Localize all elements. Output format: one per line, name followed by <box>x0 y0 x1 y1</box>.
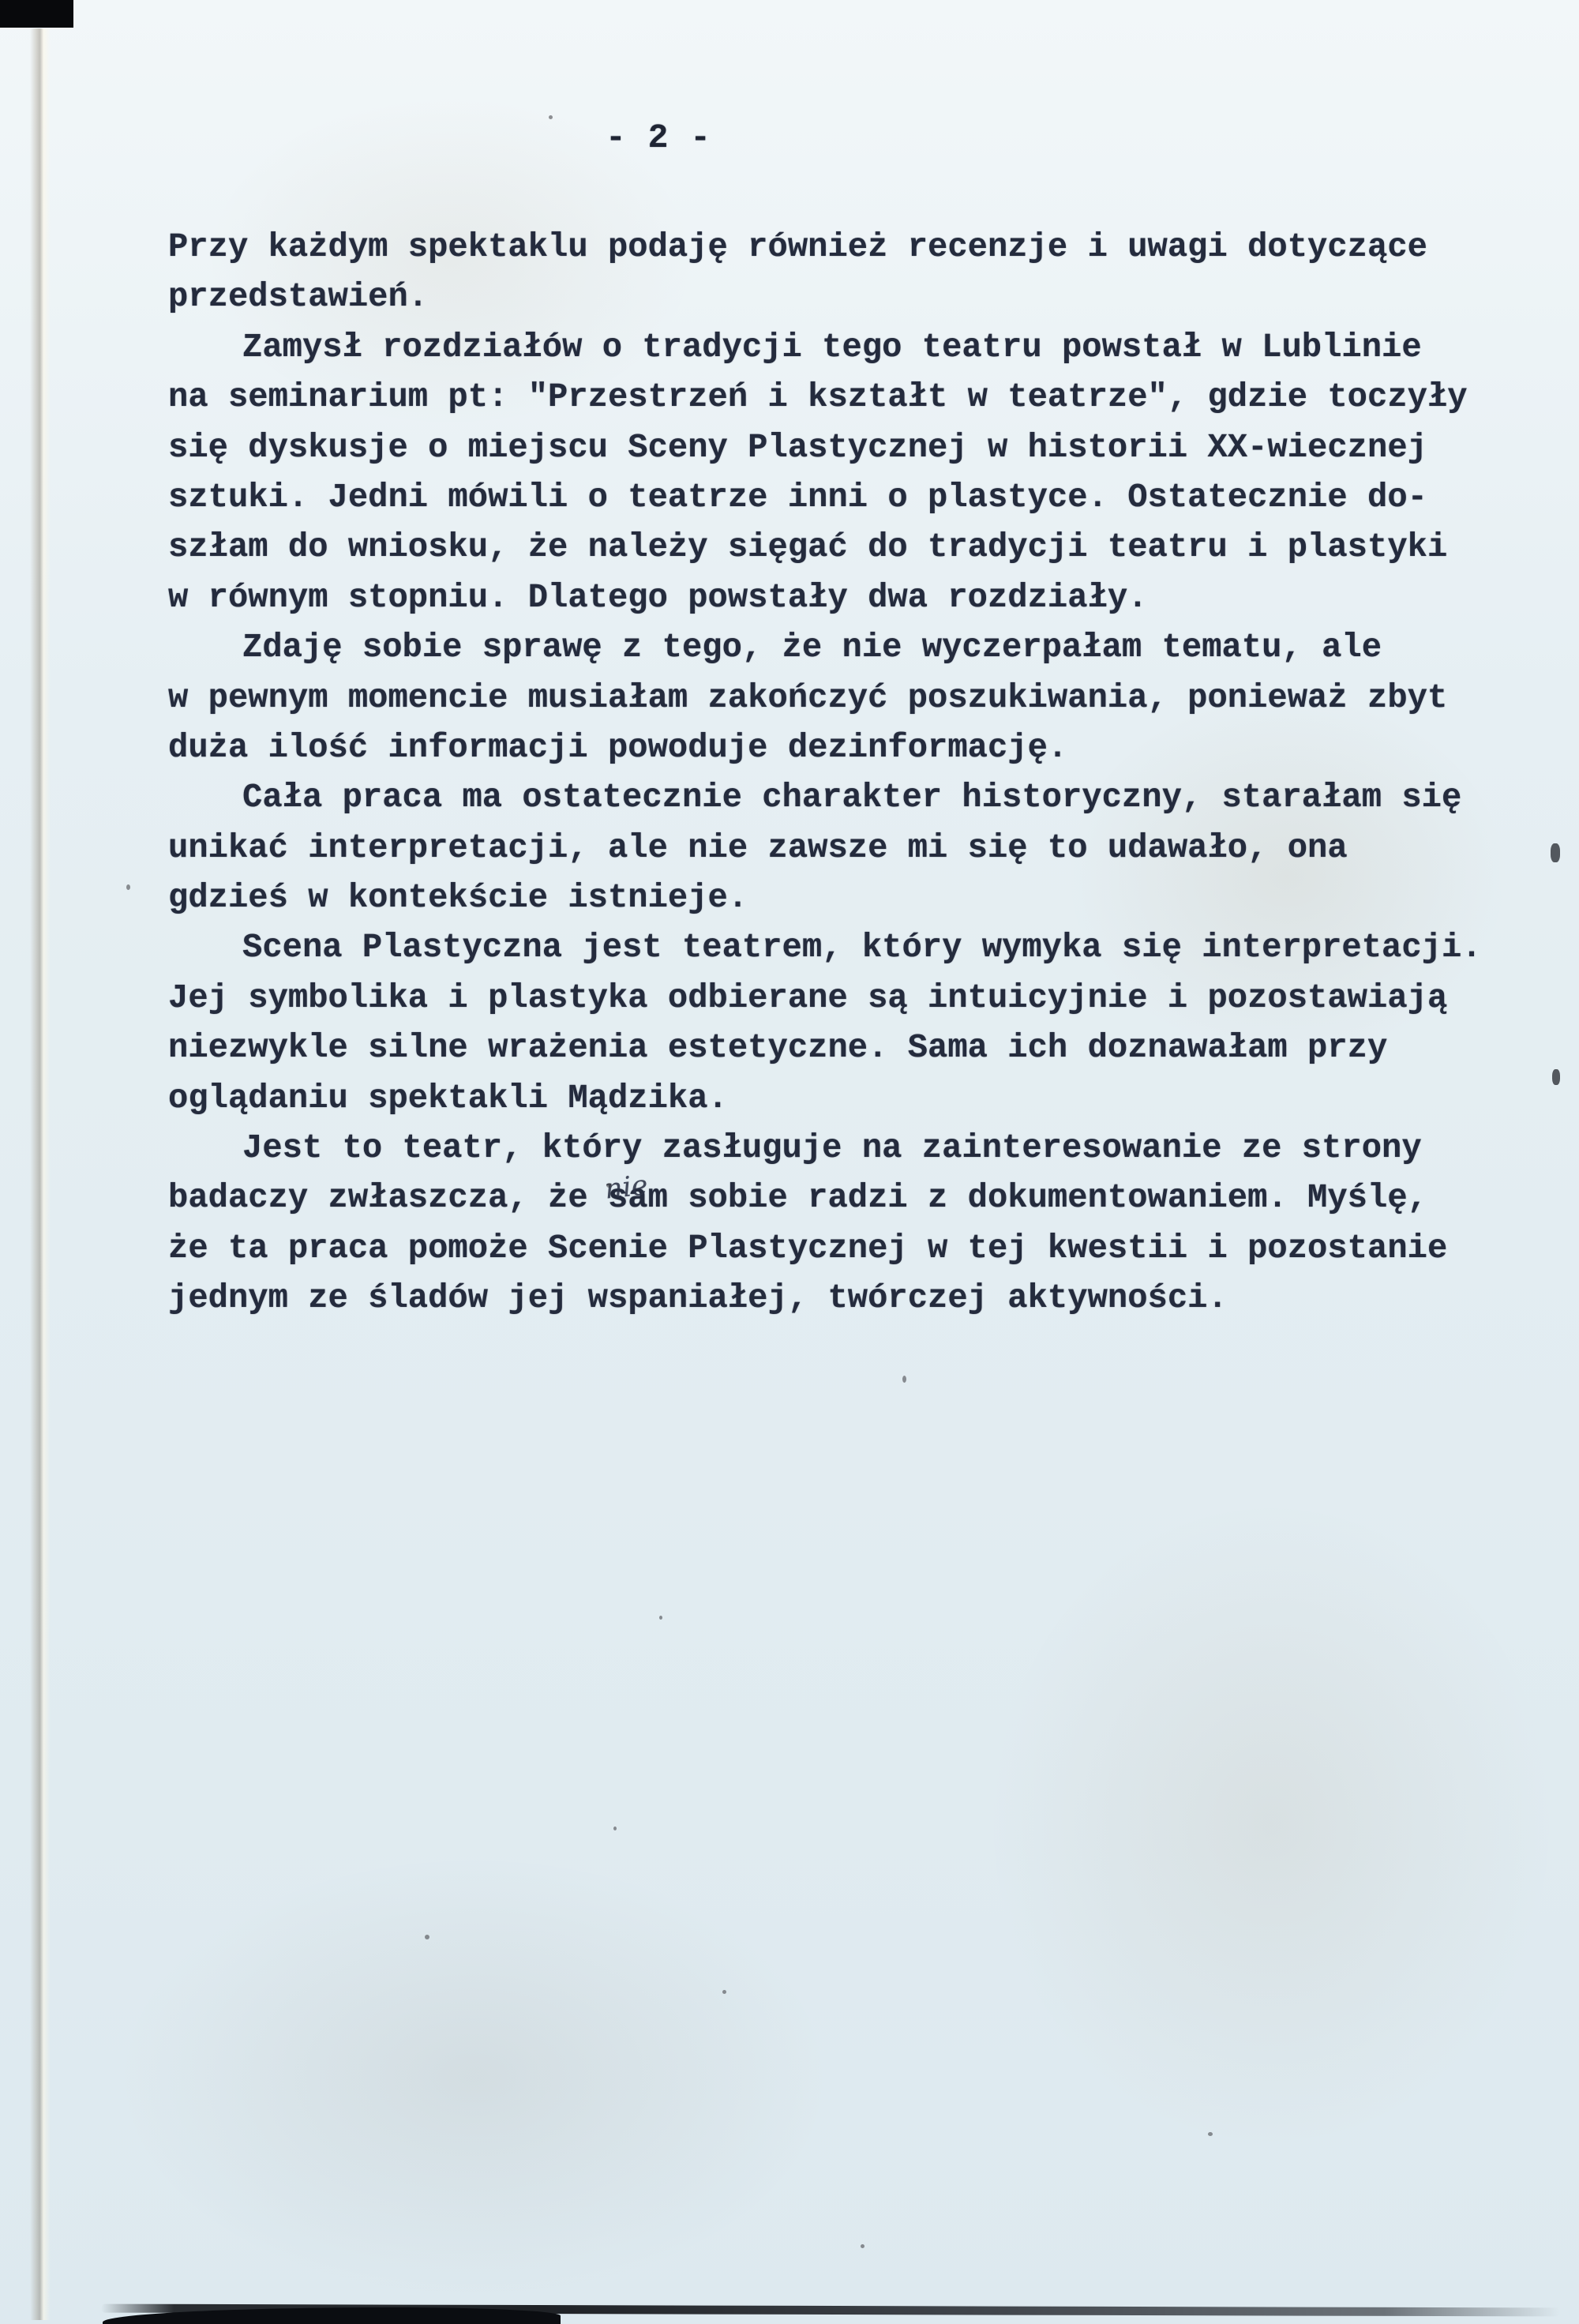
paper-stain <box>987 1500 1555 2148</box>
text-line: Scena Plastyczna jest teatrem, który wym… <box>168 923 1526 973</box>
text-line: że ta praca pomoże Scenie Plastycznej w … <box>168 1224 1526 1274</box>
text-line: Zdaję sobie sprawę z tego, że nie wyczer… <box>168 623 1526 673</box>
text-line: oglądaniu spektakli Mądzika. <box>168 1074 1526 1124</box>
paper-speck <box>902 1376 906 1383</box>
paper-stain <box>118 1856 829 2298</box>
paper-speck <box>1208 2132 1213 2136</box>
text-line: Cała praca ma ostatecznie charakter hist… <box>168 773 1526 823</box>
scan-corner-shadow <box>0 0 73 28</box>
text-line: Jest to teatr, który zasługuje na zainte… <box>168 1124 1526 1173</box>
text-line: się dyskusje o miejscu Sceny Plastycznej… <box>168 423 1526 473</box>
paper-speck <box>549 115 553 119</box>
text-line: w pewnym momencie musiałam zakończyć pos… <box>168 674 1526 723</box>
text-line: badaczy zwłaszcza, że sam sobie radzi z … <box>168 1173 1526 1223</box>
text-line: niezwykle silne wrażenia estetyczne. Sam… <box>168 1023 1526 1073</box>
scanned-document: - 2 - Przy każdym spektaklu podaję równi… <box>0 0 1579 2324</box>
page-edge-nick <box>1551 843 1560 862</box>
text-line: na seminarium pt: "Przestrzeń i kształt … <box>168 373 1526 422</box>
text-line: Zamysł rozdziałów o tradycji tego teatru… <box>168 323 1526 373</box>
paper-speck <box>861 2244 865 2248</box>
text-line: unikać interpretacji, ale nie zawsze mi … <box>168 824 1526 873</box>
paper-speck <box>613 1827 617 1830</box>
text-line: przedstawień. <box>168 272 1526 322</box>
page-fold-crease <box>30 6 51 2320</box>
handwritten-insertion: nie <box>603 1170 649 1205</box>
paper-speck <box>425 1935 429 1939</box>
paper-speck <box>606 1183 612 1188</box>
text-line: sztuki. Jedni mówili o teatrze inni o pl… <box>168 473 1526 523</box>
paper-speck <box>659 1616 662 1620</box>
text-line: Przy każdym spektaklu podaję również rec… <box>168 223 1526 272</box>
text-line: Jej symbolika i plastyka odbierane są in… <box>168 974 1526 1023</box>
paper-speck <box>126 884 130 890</box>
typed-text-block: Przy każdym spektaklu podaję również rec… <box>168 223 1526 1324</box>
text-line: duża ilość informacji powoduje dezinform… <box>168 723 1526 773</box>
text-line: jednym ze śladów jej wspaniałej, twórcze… <box>168 1274 1526 1323</box>
page-number: - 2 - <box>606 118 711 157</box>
text-line: gdzieś w kontekście istnieje. <box>168 873 1526 923</box>
text-line: w równym stopniu. Dlatego powstały dwa r… <box>168 573 1526 623</box>
paper-speck <box>722 1990 726 1994</box>
page-edge-nick <box>1552 1069 1560 1085</box>
page-paper: - 2 - Przy każdym spektaklu podaję równi… <box>0 0 1579 2324</box>
text-line: szłam do wniosku, że należy sięgać do tr… <box>168 523 1526 573</box>
